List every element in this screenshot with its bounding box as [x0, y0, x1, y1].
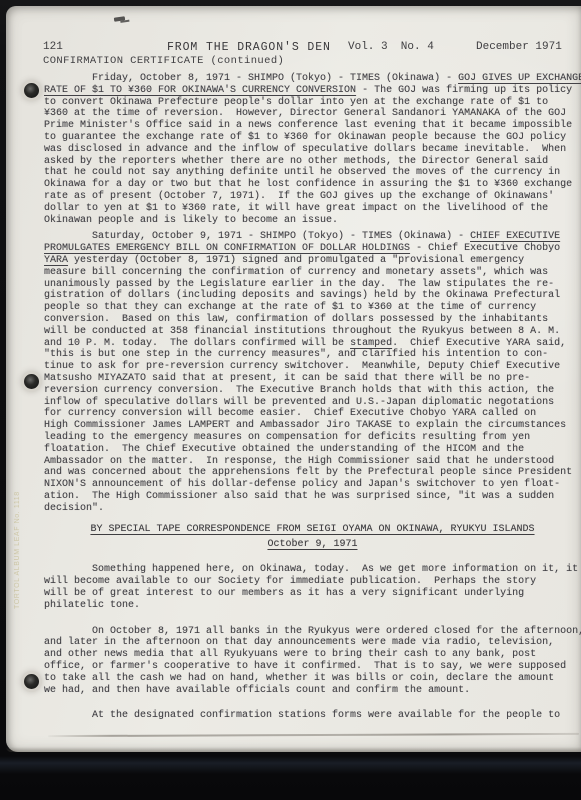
- text-line: RATE OF $1 TO ¥360 FOR OKINAWA'S CURRENC…: [44, 85, 581, 97]
- document-body: Friday, October 8, 1971 - SHIMPO (Tokyo)…: [44, 73, 581, 722]
- text-line: will be conducted at 358 financial insti…: [44, 326, 581, 338]
- text-line: At the designated confirmation stations …: [44, 710, 581, 722]
- text-line: October 9, 1971: [44, 538, 581, 553]
- text-line: conversion. Based on this law, confirmat…: [44, 314, 581, 326]
- text-line: and 10 P. M. today. The dollars confirme…: [44, 338, 581, 350]
- text-line: Saturday, October 9, 1971 - SHIMPO (Toky…: [44, 231, 581, 243]
- text-line: ation. The High Commissioner also said t…: [44, 491, 581, 503]
- scanned-page-view: TORTOL ALBUM LEAF No. 1118 121 FROM THE …: [0, 0, 581, 800]
- paragraph-banks-closed: On October 8, 1971 all banks in the Ryuk…: [44, 626, 581, 697]
- text-line: that he could not say anything definite …: [44, 167, 581, 179]
- text-line: will become available to our Society for…: [44, 576, 581, 588]
- section-title: CONFIRMATION CERTIFICATE (continued): [43, 55, 284, 67]
- text-line: office, or farmer's cooperative to have …: [44, 661, 581, 673]
- text-line: On October 8, 1971 all banks in the Ryuk…: [44, 626, 581, 638]
- text-line: asked by the reporters whether there are…: [44, 156, 581, 168]
- text-line: to guarantee the exchange rate of $1 to …: [44, 132, 581, 144]
- text-line: dollar to yen at $1 to ¥360 rate, it wil…: [44, 203, 581, 215]
- text-line: gistration of dollars (including deposit…: [44, 290, 581, 302]
- text-line: and later in the afternoon on that day a…: [44, 637, 581, 649]
- volume-issue: Vol. 3 No. 4: [348, 41, 434, 53]
- document-page: TORTOL ALBUM LEAF No. 1118 121 FROM THE …: [6, 6, 581, 752]
- text-line: philatelic tone.: [44, 600, 581, 612]
- text-line: and was concerned about the apprehension…: [44, 467, 581, 479]
- text-line: Ambassador on the matter. In response, t…: [44, 456, 581, 468]
- text-line: BY SPECIAL TAPE CORRESPONDENCE FROM SEIG…: [44, 523, 581, 538]
- text-line: "this is but one step in the currency me…: [44, 349, 581, 361]
- text-line: High Commissioner James LAMPERT and Amba…: [44, 420, 581, 432]
- text-line: decision".: [44, 503, 581, 515]
- text-line: Okinawa for a day or two but that he los…: [44, 179, 581, 191]
- subheading-tape-correspondence: BY SPECIAL TAPE CORRESPONDENCE FROM SEIG…: [44, 523, 581, 552]
- text-line: measure bill concerning the confirmation…: [44, 267, 581, 279]
- punch-hole: [24, 674, 39, 689]
- text-line: Matsusho MIYAZATO said that at present, …: [44, 373, 581, 385]
- text-line: Something happened here, on Okinawa, tod…: [44, 564, 581, 576]
- paper-crease: [48, 733, 579, 737]
- paragraph-goj-exchange-rate: Friday, October 8, 1971 - SHIMPO (Tokyo)…: [44, 73, 581, 226]
- text-line: PROMULGATES EMERGENCY BILL ON CONFIRMATI…: [44, 243, 581, 255]
- text-line: to convert Okinawa Prefecture people's d…: [44, 97, 581, 109]
- text-line: we had, and then have available official…: [44, 685, 581, 697]
- text-line: NIXON'S announcement of his dollar-defen…: [44, 479, 581, 491]
- pen-mark: [114, 16, 125, 21]
- newsletter-title: FROM THE DRAGON'S DEN: [167, 41, 331, 54]
- text-line: and other news media that all Ryukyuans …: [44, 649, 581, 661]
- text-line: Prime Minister's Office said in a news c…: [44, 120, 581, 132]
- text-line: ¥360 at the time of reversion. However, …: [44, 108, 581, 120]
- issue-date: December 1971: [476, 41, 562, 53]
- paragraph-emergency-bill: Saturday, October 9, 1971 - SHIMPO (Toky…: [44, 231, 581, 514]
- text-line: tinue to ask for pre-reversion currency …: [44, 361, 581, 373]
- album-watermark: TORTOL ALBUM LEAF No. 1118: [14, 434, 28, 609]
- text-line: for currency conversion will become easi…: [44, 408, 581, 420]
- text-line: floatation. The Chief Executive obtained…: [44, 444, 581, 456]
- scanner-background-stripe: [0, 756, 581, 774]
- paragraph-something-happened: Something happened here, on Okinawa, tod…: [44, 564, 581, 611]
- text-line: inflow of speculative dollars will be pr…: [44, 397, 581, 409]
- text-line: reversion currency conversion. The Execu…: [44, 385, 581, 397]
- text-line: rate as of present (October 7, 1971). If…: [44, 191, 581, 203]
- page-header: 121 FROM THE DRAGON'S DEN Vol. 3 No. 4 D…: [6, 41, 581, 55]
- text-line: Friday, October 8, 1971 - SHIMPO (Tokyo)…: [44, 73, 581, 85]
- paper-bottom-edge: [6, 747, 581, 752]
- text-line: was disclosed in advance and the inflow …: [44, 144, 581, 156]
- text-line: will be of great interest to our members…: [44, 588, 581, 600]
- paragraph-confirmation-stations: At the designated confirmation stations …: [44, 710, 581, 722]
- punch-hole: [24, 374, 39, 389]
- punch-hole: [24, 83, 39, 98]
- text-line: to take all the cash we had on hand, whe…: [44, 673, 581, 685]
- text-line: people so that they can exchange at the …: [44, 302, 581, 314]
- text-line: leading to the emergency measures on com…: [44, 432, 581, 444]
- text-line: unanimously passed by the Legislature ea…: [44, 279, 581, 291]
- text-line: YARA yesterday (October 8, 1971) signed …: [44, 255, 581, 267]
- page-number: 121: [43, 41, 63, 53]
- text-line: Okinawan people and is likely to become …: [44, 215, 581, 227]
